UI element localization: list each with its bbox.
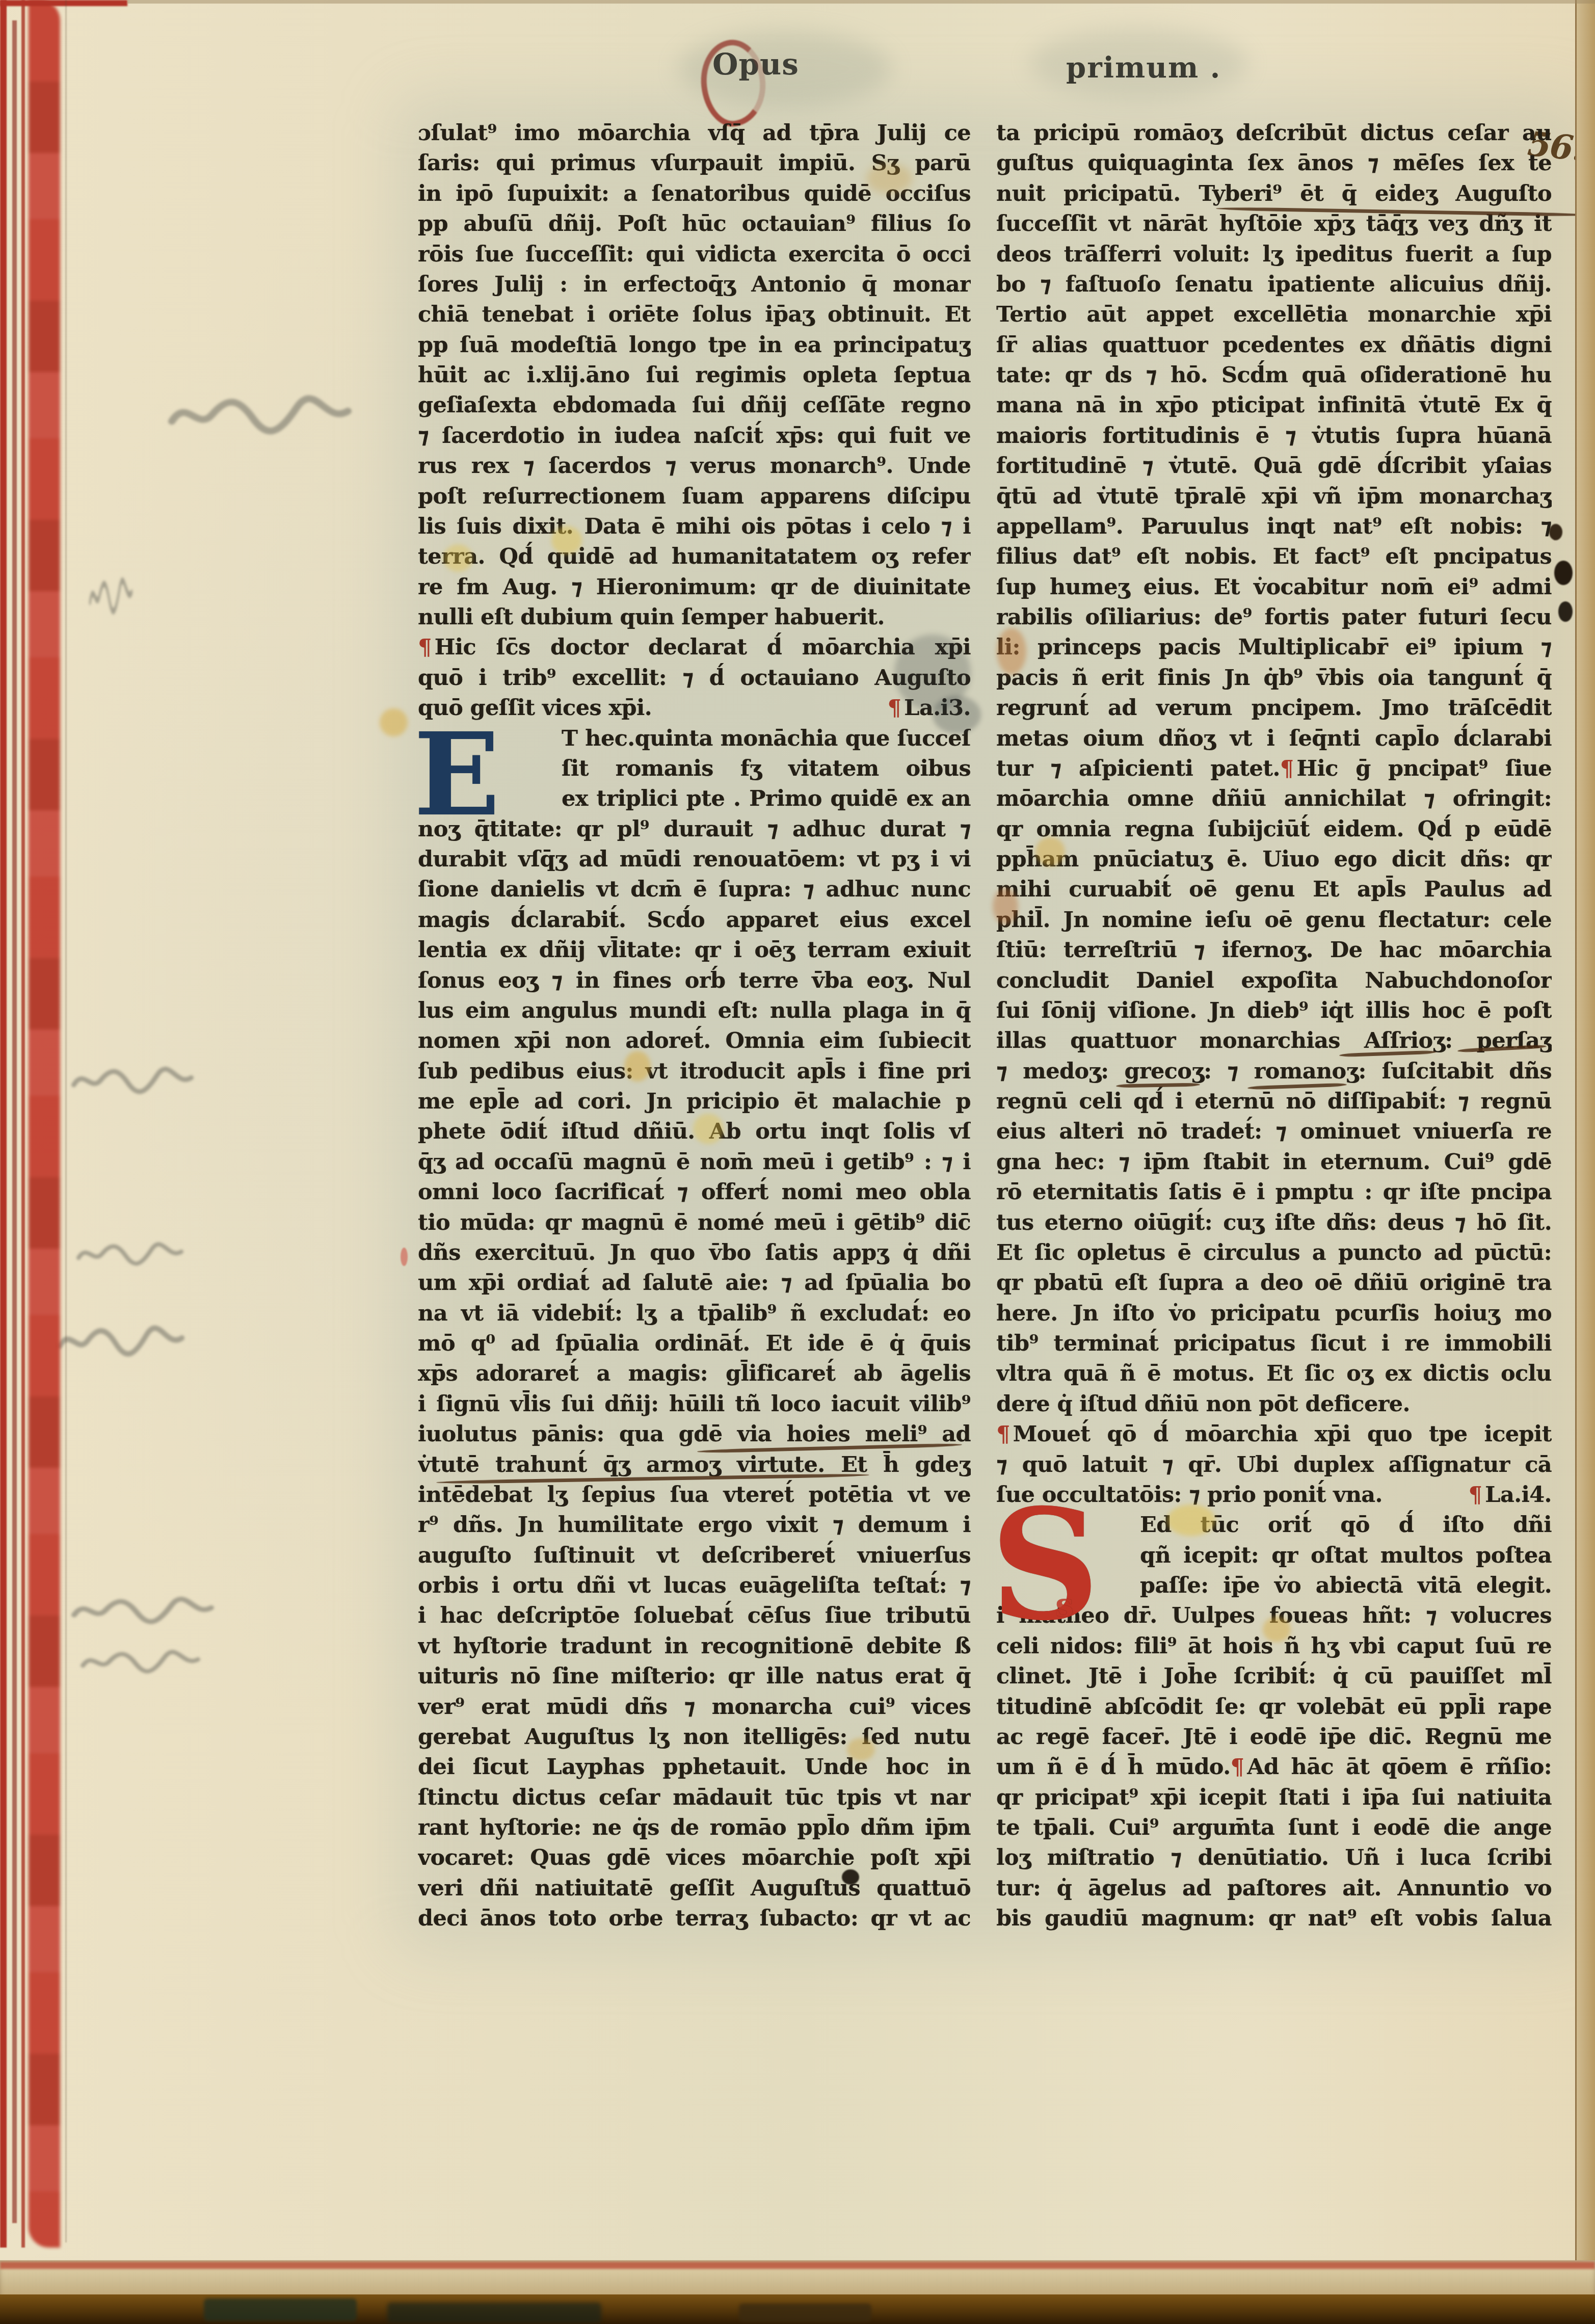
paper-stain [1035, 837, 1065, 866]
red-edge-stripe [29, 0, 60, 2248]
text-line: chiā tenebat i oriēte ſolus ip̄aʒ obtinu… [418, 300, 971, 330]
text-line: terra. Qd́ quidē ad humanitatatem oʒ ref… [418, 542, 971, 572]
text-line: omni loco ſacrificat́ ⁊ offert́ nomi meo… [418, 1177, 971, 1207]
text-line: na vt iā videbit́: lʒ a tp̄alib⁹ ñ exclu… [418, 1299, 971, 1329]
text-line: pph̄am pnūciatuʒ ē. Uiuo ego dicit dñs: … [996, 844, 1552, 875]
text-line: rōis ſue ſucceſſit: qui vidicta exercita… [418, 240, 971, 270]
paper-stain [1029, 28, 1248, 99]
text-line: qr pricipat⁹ xp̄i icepit ſtati i ip̄a ſu… [996, 1783, 1552, 1813]
text-line: bis gaudiū magnum: qr nat⁹ eſt vobis ſal… [996, 1904, 1552, 1934]
text-line: quō i trib⁹ excellit: ⁊ d́ octauiano Aug… [418, 663, 971, 693]
text-line: regnū celi qd́ i eternū nō diſſipabit́: … [996, 1087, 1552, 1117]
text-line: vltra quā ñ ē motus. Et ſic oʒ ex dictis… [996, 1359, 1552, 1389]
text-line: ſub pedibus eius: vt itroducit apl̄s i f… [418, 1057, 971, 1087]
paper-stain [997, 628, 1026, 675]
text-line: vocaret: Quas gdē vices mōarchie poſt xp… [418, 1843, 971, 1873]
paper-stain [1558, 601, 1573, 622]
red-edge-stripe [0, 0, 7, 2248]
text-line: Tertio aūt appet excellētia monarchie xp… [996, 300, 1552, 330]
text-line: regrunt́ ad verum pncipem. Jmo trāſcēdit [996, 693, 1552, 723]
text-column-right: S s ta pricipū romāoʒ deſcribūt dictus c… [996, 118, 1552, 1934]
text-line: filius dat⁹ eſt nobis. Et fact⁹ eſt pnci… [996, 542, 1552, 572]
red-edge-stripe [12, 20, 17, 2223]
text-line: deci ānos toto orbe terraʒ ſubacto: qr v… [418, 1904, 971, 1934]
text-line: dei ſicut Layphas pphetauit. Unde hoc in [418, 1752, 971, 1782]
text-line: rant hyſtorie: ne q̇s de romāo ppl̄o dñm… [418, 1813, 971, 1843]
paper-stain [847, 1738, 875, 1761]
text-line: geſiaſexta ebdomada ſui dñij ceſſāte reg… [418, 390, 971, 420]
text-line: ⁊ quō latuit ⁊ qr̄. Ubi duplex aſſignatu… [996, 1450, 1552, 1480]
text-line: orbis i ortu dñi vt lucas euāgeliſta teſ… [418, 1571, 971, 1601]
text-line: rō eternitatis ſatis ē i pmptu : qr iſte… [996, 1177, 1552, 1207]
paper-stain [1167, 1504, 1215, 1536]
page-crease [65, 0, 67, 2242]
text-line: qr omnia regna ſubijciūt́ eidem. Qd́ p e… [996, 814, 1552, 844]
red-pilcrow-mark: ¶ [1280, 756, 1297, 781]
text-line: i ſignū vl̄is ſui dñij: hūili tñ loco ia… [418, 1389, 971, 1419]
paper-stain [678, 31, 892, 107]
red-pilcrow-mark: ¶ [1231, 1754, 1247, 1780]
paper-stain [551, 526, 582, 554]
text-line: rus rex ⁊ ſacerdos ⁊ verus monarch⁹. Und… [418, 451, 971, 481]
page-top-edge [127, 0, 1595, 4]
text-line: ex triplici pte . Primo quidē ex an [562, 784, 971, 814]
text-line: phil̄. Jn nomine ieſu oē genu flectatur:… [996, 905, 1552, 935]
paper-stain [380, 708, 408, 736]
paper-stain [842, 1869, 859, 1885]
paper-stain [1549, 524, 1562, 540]
text-line: me epl̄e ad cori. Jn pricipio ēt malachi… [418, 1087, 971, 1117]
text-line: ſup humeʒ eius. Et v̇ocabitur nom̄ ei⁹ a… [996, 572, 1552, 602]
paper-stain [401, 1248, 408, 1266]
red-edge-bottom [0, 2262, 1595, 2269]
text-line: lis ſuis dixit. Data ē mihi ois pōtas i … [418, 512, 971, 542]
text-line: lentia ex dñij vl̄itate: qr i oēʒ terram… [418, 935, 971, 965]
text-line: r⁹ dñs. Jn humilitate ergo vixit ⁊ demum… [418, 1510, 971, 1540]
text-line: appellam⁹. Paruulus inqt nat⁹ eſt nobis:… [996, 512, 1552, 542]
margin-scribble [168, 387, 352, 438]
text-line: quō geſſit vices xp̄i.¶La.i3. [418, 693, 971, 723]
text-line: pp ſuā modeſtiā longo tpe in ea principa… [418, 330, 971, 360]
text-line: ſtinctu dictus ceſar mādauit tūc tpis vt… [418, 1783, 971, 1813]
page-stack-edge-right [1575, 0, 1595, 2324]
text-line: ta pricipū romāoʒ deſcribūt dictus ceſar… [996, 118, 1552, 148]
margin-scribble [89, 570, 132, 618]
text-line: qr pbatū eſt ſupra a deo oē dñiū originē… [996, 1268, 1552, 1298]
text-line: rabilis oſiliarius: de⁹ fortis pater fut… [996, 602, 1552, 632]
illuminated-initial-red: S [990, 1489, 1100, 1641]
paper-stain [693, 1114, 724, 1144]
text-line: ¶Mouet́ qō d́ mōarchia xp̄i quo tpe icep… [996, 1419, 1552, 1449]
text-line: q̄ʒ ad occaſū magnū ē nom̄ meū i getib⁹ … [418, 1147, 971, 1177]
red-edge-stripe [21, 0, 25, 2248]
text-line: re fm Aug. ⁊ Hieronimum: qr de diuinitat… [418, 572, 971, 602]
text-line: maioris fortitudinis ē ⁊ v̇tutis ſupra h… [996, 421, 1552, 451]
text-line: ſonus eoʒ ⁊ in fines orb́ terre v̄ba eoʒ… [418, 966, 971, 996]
text-line: loʒ miſtratio ⁊ denūtiatio. Uñ i luca ſc… [996, 1843, 1552, 1873]
text-line: ſtiū: terreſtriū ⁊ ifernoʒ. De hac mōarc… [996, 935, 1552, 965]
text-line: pacis ñ erit finis Jn q̇b⁹ v̄bis oia tan… [996, 663, 1552, 693]
text-line: vt hyſtorie tradunt in recognitionē debi… [418, 1631, 971, 1661]
text-line: auguſto ſuſtinuit vt deſcriberet́ vniuer… [418, 1541, 971, 1571]
red-edge-top [0, 0, 127, 6]
text-line: tur: q̇ āgelus ad paſtores ait. Annuntio… [996, 1873, 1552, 1904]
text-line: ¶Hic ſc̄s doctor declarat d́ mōarchia xp… [418, 632, 971, 663]
chapter-heading-label: ¶La.i4. [1469, 1480, 1552, 1510]
margin-scribble [71, 1591, 214, 1627]
incunabulum-page: Opus primum . 56. E ɔſulat⁹ imo mōarchia… [0, 0, 1595, 2324]
text-line: te tp̄ali. Cui⁹ argum̄ta ſunt i eodē die… [996, 1813, 1552, 1843]
paper-stain [933, 696, 981, 734]
margin-scribble [81, 1645, 200, 1676]
paper-stain [624, 1051, 651, 1081]
text-line: hūit ac i.xlij.āno ſui regimis opleta ſe… [418, 360, 971, 390]
text-line: q̄tū ad v̇tutē tp̄ralē xp̄i vñ ip̄m mona… [996, 482, 1552, 512]
illuminated-initial-blue: E [414, 719, 500, 832]
text-line: gna hec: ⁊ ip̄m ſtabit in eternum. Cui⁹ … [996, 1147, 1552, 1177]
guide-letter: s [1055, 1586, 1073, 1624]
text-line: mōarchia omne dñiū annichilat ⁊ ofringit… [996, 784, 1552, 814]
text-line: guſtus quiquaginta ſex ānos ⁊ mēſes ſex … [996, 148, 1552, 178]
text-line: titudinē abſcōdit ſe: qr volebāt eū ppl̄… [996, 1692, 1552, 1722]
text-line: ſui ſōnij viſione. Jn dieb⁹ iq̇t illis h… [996, 996, 1552, 1026]
text-line: ſores Julij : in erfectoq̄ʒ Antonio q̄ m… [418, 270, 971, 300]
text-line: ɔſulat⁹ imo mōarchia vſq̄ ad tp̄ra Julij… [418, 118, 971, 148]
text-line: tib⁹ terminat́ pricipatus ſicut i re imm… [996, 1329, 1552, 1359]
margin-scribble [71, 1061, 194, 1097]
text-line: noʒ q̄titate: qr pl⁹ durauit ⁊ adhuc dur… [418, 814, 971, 844]
text-line: nomen xp̄i non adoret́. Omnia eim ſubiec… [418, 1026, 971, 1056]
text-line: paſſe: ip̄e v̇o abiectā vitā elegit. Uñ [1140, 1571, 1552, 1601]
text-line: gerebat Auguſtus lʒ non itelligēs: ſed n… [418, 1722, 971, 1752]
text-line: poſt reſurrectionem ſuam apparens diſcip… [418, 482, 971, 512]
text-line: ſione danielis vt dcm̄ ē ſupra: ⁊ adhuc … [418, 875, 971, 905]
text-line: ſit romanis fʒ vitatem oibus pcellit [562, 754, 971, 784]
text-line: tio mūda: qr magnū ē nomé meū i gētib⁹ d… [418, 1208, 971, 1238]
text-line: metas oium dñoʒ vt i ſeq̄nti capl̄o d́cl… [996, 724, 1552, 754]
text-line: qñ icepit: qr oſtat multos poſtea im [1140, 1541, 1552, 1571]
text-line: clinet. Jtē i Joh̄e ſcribit́: q̇ cū paui… [996, 1661, 1552, 1692]
text-line: magis d́clarabit́. Scd́o apparet eius ex… [418, 905, 971, 935]
text-line: dere q̇ iſtud dñiū non pōt deficere. [996, 1389, 1552, 1419]
text-line: tus eterno oiūgit́: cuʒ iſte dñs: deus ⁊… [996, 1208, 1552, 1238]
board-blot [387, 2303, 601, 2323]
text-line: ⁊ ſacerdotio in iudea naſcit́ xp̄s: qui … [418, 421, 971, 451]
text-line: nuit pricipatū. Tyberi⁹ ēt q̄ eideʒ Augu… [996, 179, 1552, 209]
red-pilcrow-mark: ¶ [996, 1421, 1013, 1447]
text-line: veri dñi natiuitatē geſſit Auguſtus quat… [418, 1873, 971, 1904]
text-line: Et ſic opletus ē circulus a puncto ad pū… [996, 1238, 1552, 1268]
text-line: T hec.quinta monāchia que ſucceſ [562, 724, 971, 754]
paper-stain [993, 888, 1018, 925]
text-line: here. Jn iſto v̇o pricipatu pcurſis hoiu… [996, 1299, 1552, 1329]
margin-scribble [76, 1237, 183, 1268]
text-line: concludit Daniel expoſita Nabuchdonoſor [996, 966, 1552, 996]
text-line: lus eim angulus mundi eſt: nulla plaga i… [418, 996, 971, 1026]
text-line: eius alteri nō tradet́: ⁊ ominuet vniuer… [996, 1117, 1552, 1147]
text-line: uituris nō ſine miſterio: qr ille natus … [418, 1661, 971, 1692]
text-line: xp̄s adoraret́ a magis: gl̄ificaret́ ab … [418, 1359, 971, 1389]
text-line: um ñ ē d́ h̄ mūdo.¶Ad hāc āt qōem ē rñſi… [996, 1752, 1552, 1782]
text-line: mana nā in xp̄o pticipat infinitā v̇tutē… [996, 390, 1552, 420]
text-line: ac regē facer̄. Jtē i eodē ip̄e dic̄. Re… [996, 1722, 1552, 1752]
red-pilcrow-mark: ¶ [888, 695, 905, 721]
binding-board [0, 2294, 1595, 2324]
text-column-left: E ɔſulat⁹ imo mōarchia vſq̄ ad tp̄ra Jul… [418, 118, 971, 1934]
text-line: tur ⁊ aſpicienti patet.¶Hic ḡ pncipat⁹ ſ… [996, 754, 1552, 784]
text-line: tate: qr ds ⁊ hō. Scd́m quā oſiderationē… [996, 360, 1552, 390]
red-pilcrow-mark: ¶ [418, 635, 435, 660]
text-line: mihi curuabit́ oē genu Et apl̄s Paulus a… [996, 875, 1552, 905]
text-line: ⁊ medoʒ: grecoʒ: ⁊ romanoʒ: ſuſcitabit d… [996, 1057, 1552, 1087]
paper-stain [443, 544, 473, 572]
text-line: v̇tutē trahunt́ q̄ʒ armoʒ virtute. Et h̄… [418, 1450, 971, 1480]
paper-stain [1263, 1617, 1291, 1642]
text-line: li: princeps pacis Multiplicabr̄ ei⁹ ipi… [996, 632, 1552, 663]
text-line: durabit vſq̄ʒ ad mūdi renouatōem: vt pʒ … [418, 844, 971, 875]
board-blot [739, 2304, 871, 2322]
board-blot [204, 2299, 357, 2321]
text-line: mō q⁰ ad ſpūalia ordināt́. Et ide ē q̇ q… [418, 1329, 971, 1359]
paper-stain [1554, 561, 1573, 585]
text-line: i hac deſcriptōe ſoluebat́ cēſus ſiue tr… [418, 1601, 971, 1631]
text-line: deos trāſferri voluit: lʒ ipeditus fueri… [996, 240, 1552, 270]
text-line: pp abuſū dñij. Poſt hūc octauian⁹ filius… [418, 209, 971, 239]
text-line: ſr̄ alias quattuor pcedentes ex dñātis d… [996, 330, 1552, 360]
text-line: bo ⁊ faſtuoſo ſenatu ipatiente alicuius … [996, 270, 1552, 300]
text-line: um xp̄i ordiat́ ad ſalutē aie: ⁊ ad ſpūa… [418, 1268, 971, 1298]
red-pilcrow-mark: ¶ [1469, 1482, 1485, 1508]
text-line: fortitudinē ⁊ v̇tutē. Quā gdē d́ſcribit … [996, 451, 1552, 481]
paper-stain [866, 163, 912, 194]
text-line: nulli eſt dubium quin ſemper habuerit. [418, 602, 971, 632]
text-line: intēdebat lʒ ſepius ſua vteret́ potētia … [418, 1480, 971, 1510]
text-line: dñs exercituū. Jn quo v̄bo ſatis appʒ q̇… [418, 1238, 971, 1268]
text-line: ver⁹ erat mūdi dñs ⁊ monarcha cui⁹ vices [418, 1692, 971, 1722]
